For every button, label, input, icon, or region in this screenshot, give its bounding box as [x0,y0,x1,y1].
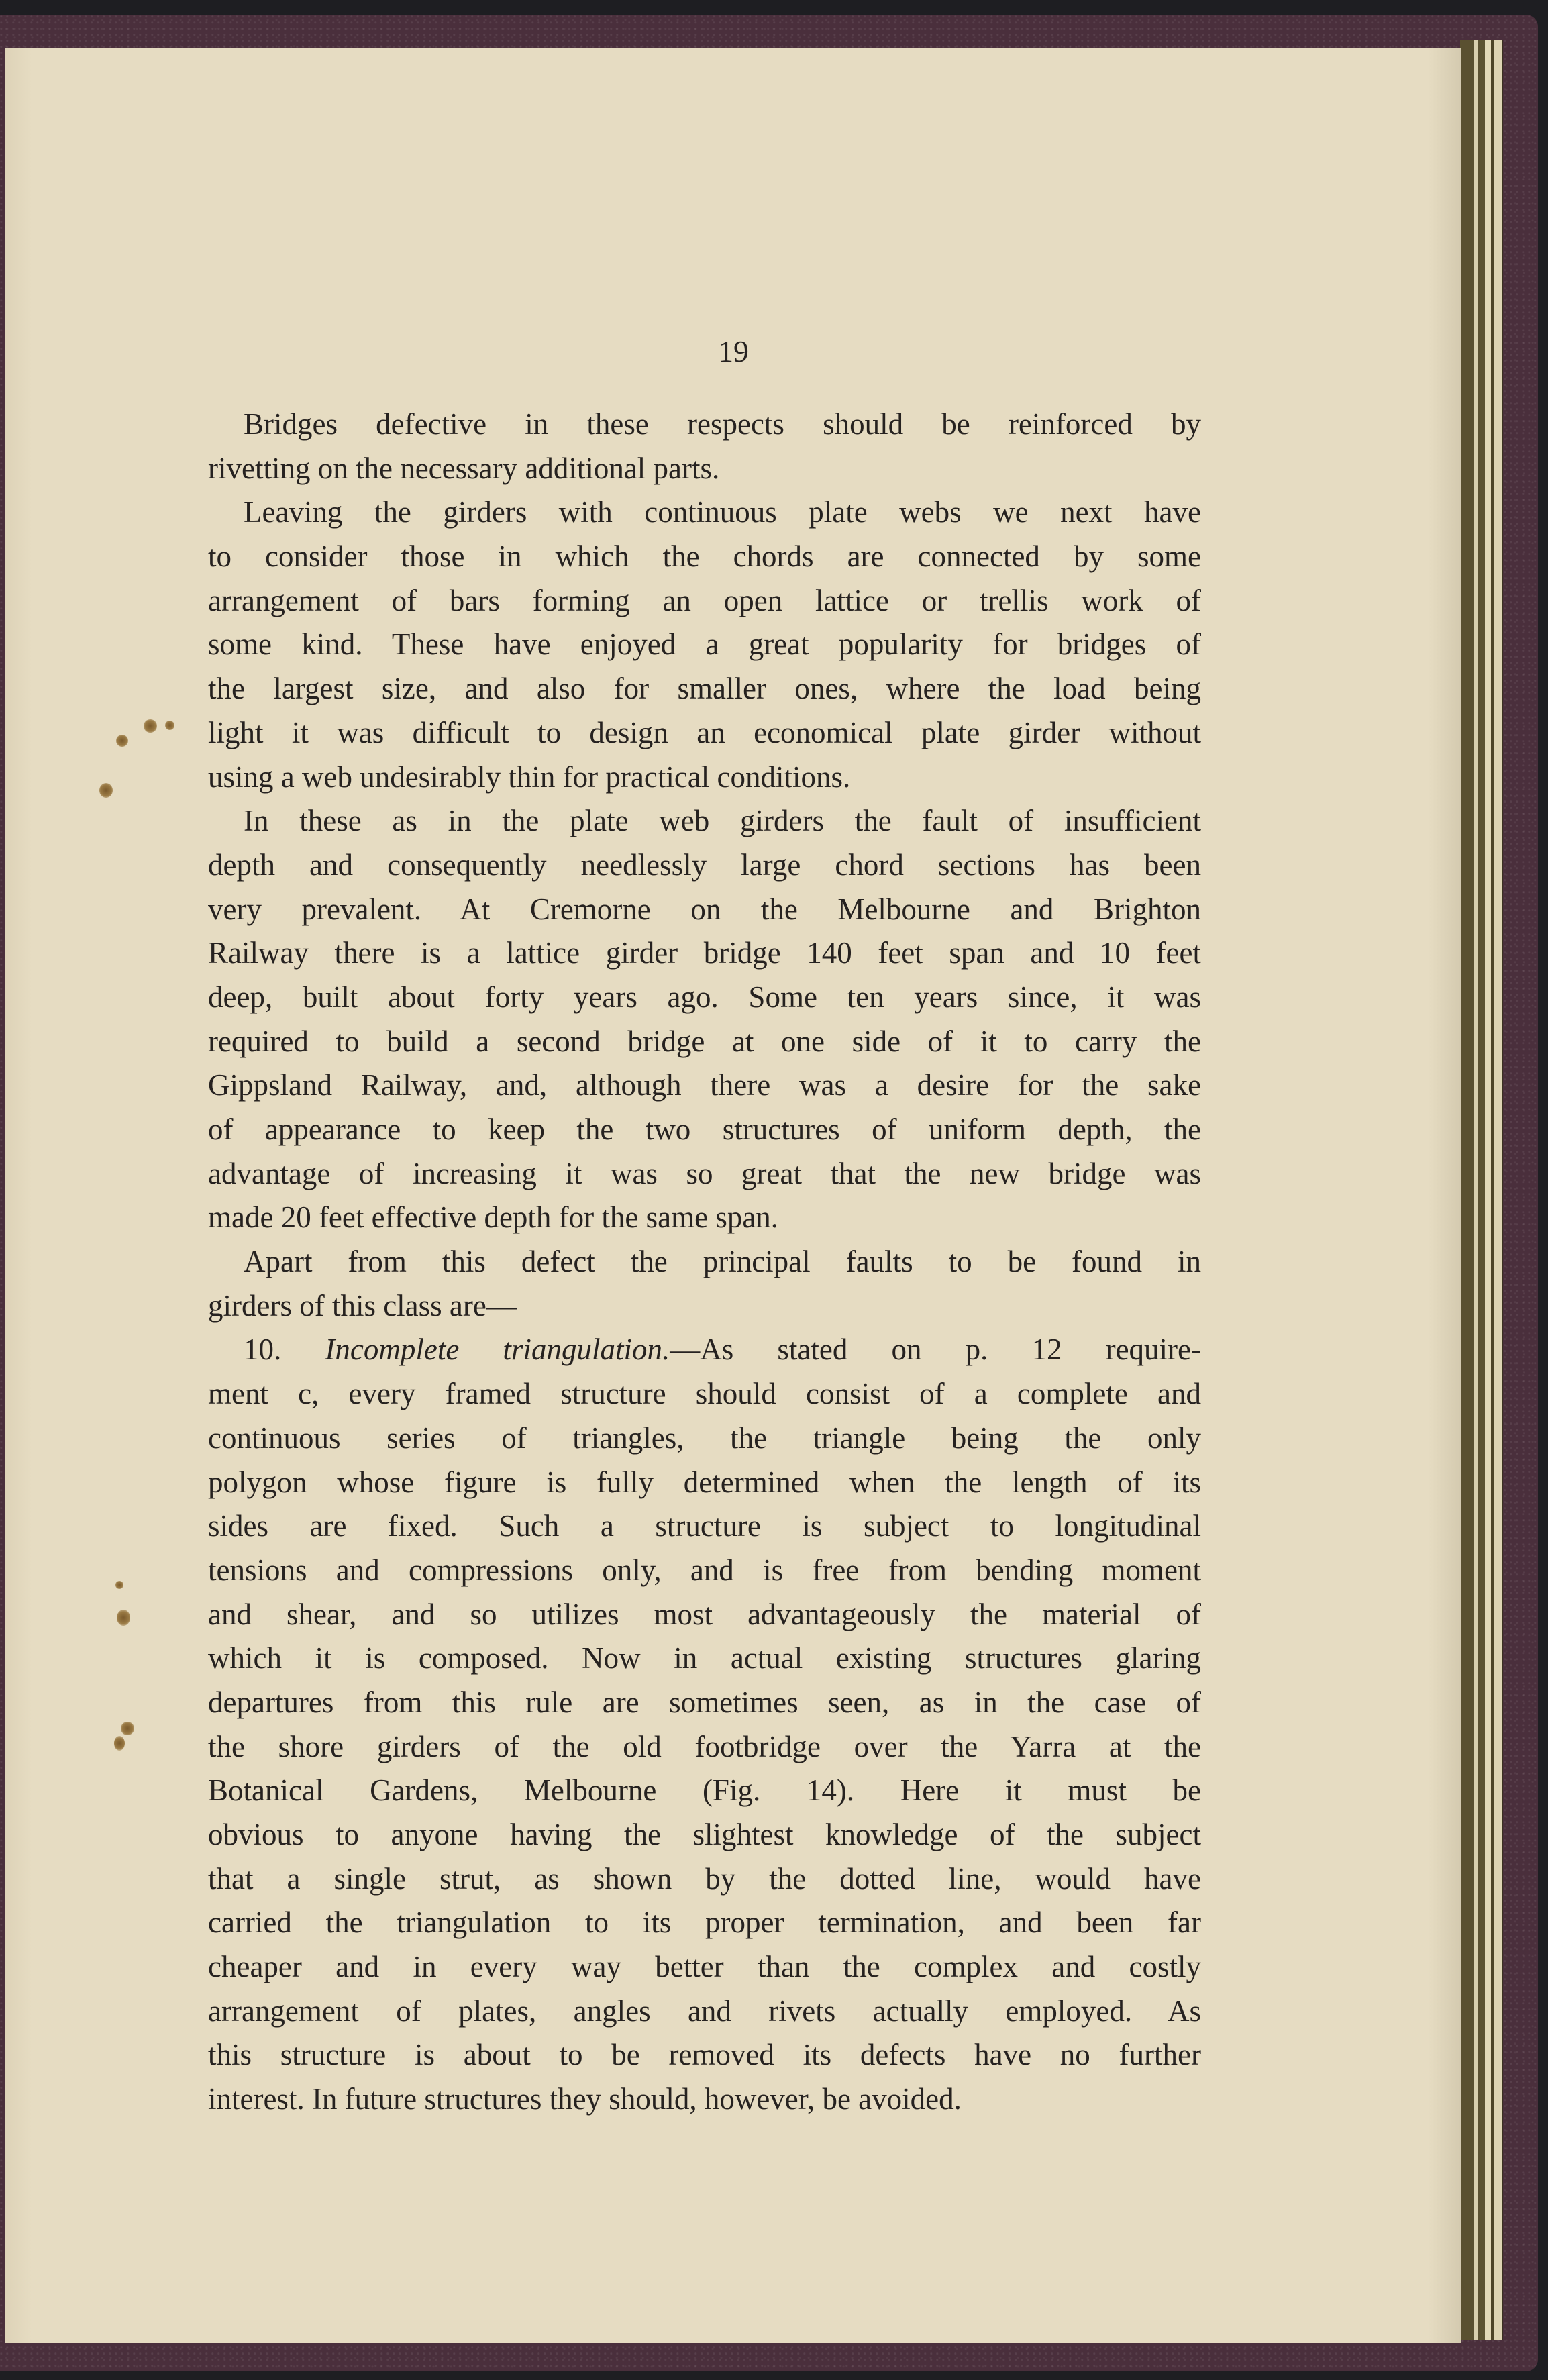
text-line: sides are fixed. Such a structure is sub… [208,1504,1201,1549]
text-line: In these as in the plate web girders the… [208,799,1201,843]
page-edges [1460,40,1503,2340]
page-number: 19 [5,333,1461,369]
text-line: Bridges defective in these respects shou… [208,403,1201,447]
text-line: using a web undesirably thin for practic… [208,756,1201,800]
text-line: polygon whose figure is fully determined… [208,1461,1201,1505]
section-heading-line: 10. Incomplete triangulation.—As stated … [208,1328,1201,1372]
section-first-line-rest: —As stated on p. 12 require- [670,1333,1201,1366]
section-title: Incomplete triangulation. [325,1333,670,1366]
section-number: 10. [244,1333,281,1366]
text-line: Railway there is a lattice girder bridge… [208,931,1201,976]
paragraph: Leaving the girders with continuous plat… [208,490,1201,799]
text-line: continuous series of triangles, the tria… [208,1416,1201,1461]
text-line: Gippsland Railway, and, although there w… [208,1064,1201,1108]
text-line: of appearance to keep the two structures… [208,1108,1201,1152]
text-line: obvious to anyone having the slightest k… [208,1813,1201,1857]
text-line: this structure is about to be removed it… [208,2033,1201,2077]
foxing-spot [165,721,174,730]
text-line: interest. In future structures they shou… [208,2077,1201,2122]
text-line: required to build a second bridge at one… [208,1020,1201,1064]
text-line: tensions and compressions only, and is f… [208,1549,1201,1593]
text-line: ment c, every framed structure should co… [208,1372,1201,1416]
foxing-spot [114,1736,125,1751]
text-line: girders of this class are— [208,1284,1201,1329]
paragraph: Apart from this defect the principal fau… [208,1240,1201,1328]
text-line: carried the triangulation to its proper … [208,1901,1201,1945]
text-line: deep, built about forty years ago. Some … [208,976,1201,1020]
text-line: arrangement of plates, angles and rivets… [208,1989,1201,2034]
foxing-spot [144,719,157,733]
text-line: depth and consequently needlessly large … [208,843,1201,888]
text-line: advantage of increasing it was so great … [208,1152,1201,1196]
paragraph: In these as in the plate web girders the… [208,799,1201,1240]
text-line: Leaving the girders with continuous plat… [208,490,1201,535]
text-line: light it was difficult to design an econ… [208,711,1201,756]
text-line: some kind. These have enjoyed a great po… [208,623,1201,667]
text-line: the shore girders of the old footbridge … [208,1725,1201,1769]
foxing-spot [117,1610,130,1626]
body-text: Bridges defective in these respects shou… [208,403,1201,2122]
text-line: made 20 feet effective depth for the sam… [208,1196,1201,1240]
text-line: departures from this rule are sometimes … [208,1681,1201,1725]
section-paragraph: 10. Incomplete triangulation.—As stated … [208,1328,1201,2121]
text-line: that a single strut, as shown by the dot… [208,1857,1201,1902]
paragraph: Bridges defective in these respects shou… [208,403,1201,490]
foxing-spot [116,735,128,747]
text-line: cheaper and in every way better than the… [208,1945,1201,1989]
foxing-spot [115,1581,123,1589]
text-line: and shear, and so utilizes most advantag… [208,1593,1201,1637]
text-line: very prevalent. At Cremorne on the Melbo… [208,888,1201,932]
foxing-spot [99,783,113,798]
text-line: arrangement of bars forming an open latt… [208,579,1201,623]
text-line: Botanical Gardens, Melbourne (Fig. 14). … [208,1769,1201,1813]
text-line: which it is composed. Now in actual exis… [208,1637,1201,1681]
text-line: Apart from this defect the principal fau… [208,1240,1201,1284]
text-line: the largest size, and also for smaller o… [208,667,1201,711]
text-line: rivetting on the necessary additional pa… [208,447,1201,491]
text-line: to consider those in which the chords ar… [208,535,1201,579]
book-page: 19 Bridges defective in these respects s… [5,48,1461,2343]
foxing-spot [121,1722,134,1735]
